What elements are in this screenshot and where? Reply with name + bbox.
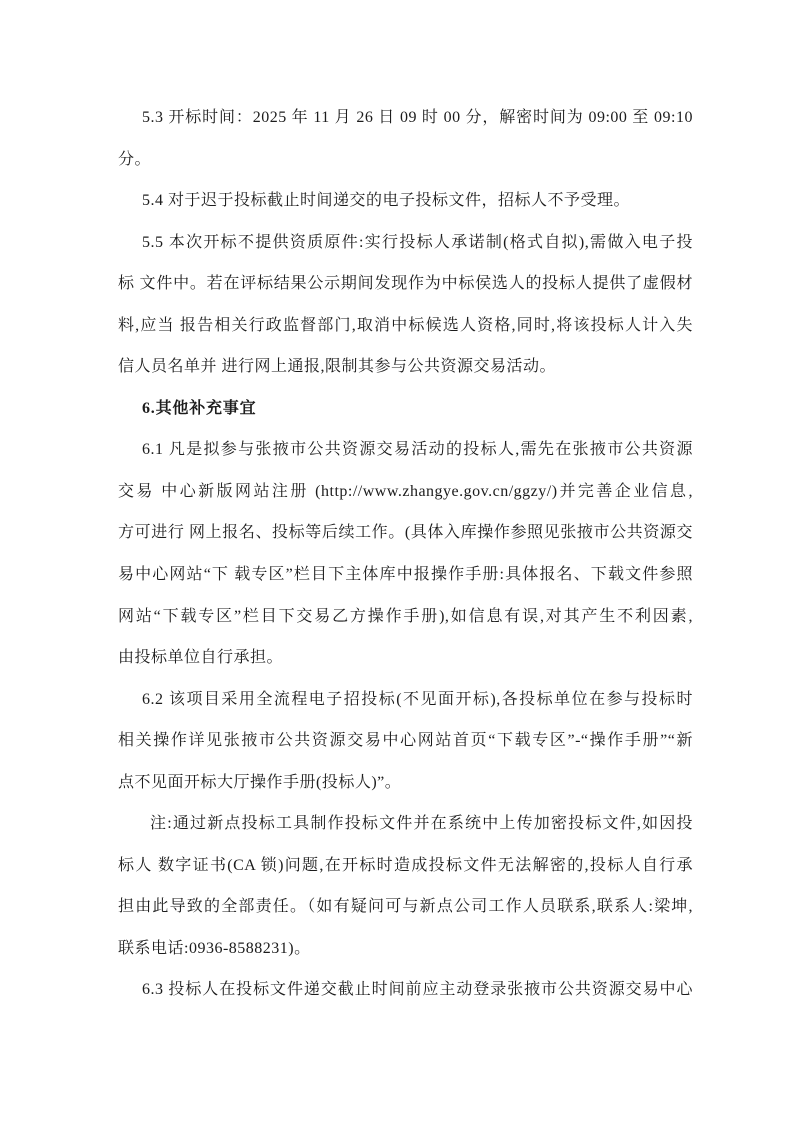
- doc-line: 注:通过新点投标工具制作投标文件并在系统中上传加密投标文件,如因投: [118, 803, 693, 845]
- paragraph-6-2: 6.2 该项目采用全流程电子招投标(不见面开标),各投标单位在参与投标时 相关操…: [118, 679, 693, 804]
- section-heading: 6.其他补充事宜: [118, 388, 693, 430]
- doc-line: 由投标单位自行承担。: [118, 637, 693, 679]
- doc-line: 6.2 该项目采用全流程电子招投标(不见面开标),各投标单位在参与投标时: [118, 679, 693, 721]
- doc-line: 料,应当 报告相关行政监督部门,取消中标候选人资格,同时,将该投标人计入失: [118, 305, 693, 347]
- doc-line: 点不见面开标大厅操作手册(投标人)”。: [118, 762, 693, 804]
- doc-line: 标 文件中。若在评标结果公示期间发现作为中标侯选人的投标人提供了虚假材: [118, 263, 693, 305]
- doc-line: 分。: [118, 139, 693, 181]
- doc-line: 方可进行 网上报名、投标等后续工作。(具体入库操作参照见张掖市公共资源交: [118, 512, 693, 554]
- paragraph-5-5: 5.5 本次开标不提供资质原件:实行投标人承诺制(格式自拟),需做入电子投 标 …: [118, 222, 693, 388]
- doc-line: 6.3 投标人在投标文件递交截止时间前应主动登录张掖市公共资源交易中心: [118, 969, 693, 1011]
- doc-line: 标人 数字证书(CA 锁)问题,在开标时造成投标文件无法解密的,投标人自行承: [118, 845, 693, 887]
- doc-line: 5.3 开标时间：2025 年 11 月 26 日 09 时 00 分，解密时间…: [118, 97, 693, 139]
- doc-line: 联系电话:0936-8588231)。: [118, 928, 693, 970]
- doc-line: 5.5 本次开标不提供资质原件:实行投标人承诺制(格式自拟),需做入电子投: [118, 222, 693, 264]
- page-content: 5.3 开标时间：2025 年 11 月 26 日 09 时 00 分，解密时间…: [118, 97, 693, 1011]
- doc-line: 6.1 凡是拟参与张掖市公共资源交易活动的投标人,需先在张掖市公共资源: [118, 429, 693, 471]
- paragraph-6-1: 6.1 凡是拟参与张掖市公共资源交易活动的投标人,需先在张掖市公共资源 交易 中…: [118, 429, 693, 678]
- paragraph-6-3: 6.3 投标人在投标文件递交截止时间前应主动登录张掖市公共资源交易中心: [118, 969, 693, 1011]
- doc-line: 易中心网站“下 载专区”栏目下主体库中报操作手册:具体报名、下载文件参照: [118, 554, 693, 596]
- doc-line: 信人员名单并 进行网上通报,限制其参与公共资源交易活动。: [118, 346, 693, 388]
- doc-line: 5.4 对于迟于投标截止时间递交的电子投标文件，招标人不予受理。: [118, 180, 693, 222]
- doc-line: 担由此导致的全部责任。（如有疑问可与新点公司工作人员联系,联系人:梁坤,: [118, 886, 693, 928]
- paragraph-5-4: 5.4 对于迟于投标截止时间递交的电子投标文件，招标人不予受理。: [118, 180, 693, 222]
- paragraph-note: 注:通过新点投标工具制作投标文件并在系统中上传加密投标文件,如因投 标人 数字证…: [118, 803, 693, 969]
- section-heading-6: 6.其他补充事宜: [118, 388, 693, 430]
- document-page: 5.3 开标时间：2025 年 11 月 26 日 09 时 00 分，解密时间…: [0, 0, 793, 1122]
- doc-line: 网站“下载专区”栏目下交易乙方操作手册),如信息有误,对其产生不利因素,: [118, 596, 693, 638]
- paragraph-5-3: 5.3 开标时间：2025 年 11 月 26 日 09 时 00 分，解密时间…: [118, 97, 693, 180]
- doc-line: 交易 中心新版网站注册 (http://www.zhangye.gov.cn/g…: [118, 471, 693, 513]
- doc-line: 相关操作详见张掖市公共资源交易中心网站首页“下载专区”-“操作手册”“新: [118, 720, 693, 762]
